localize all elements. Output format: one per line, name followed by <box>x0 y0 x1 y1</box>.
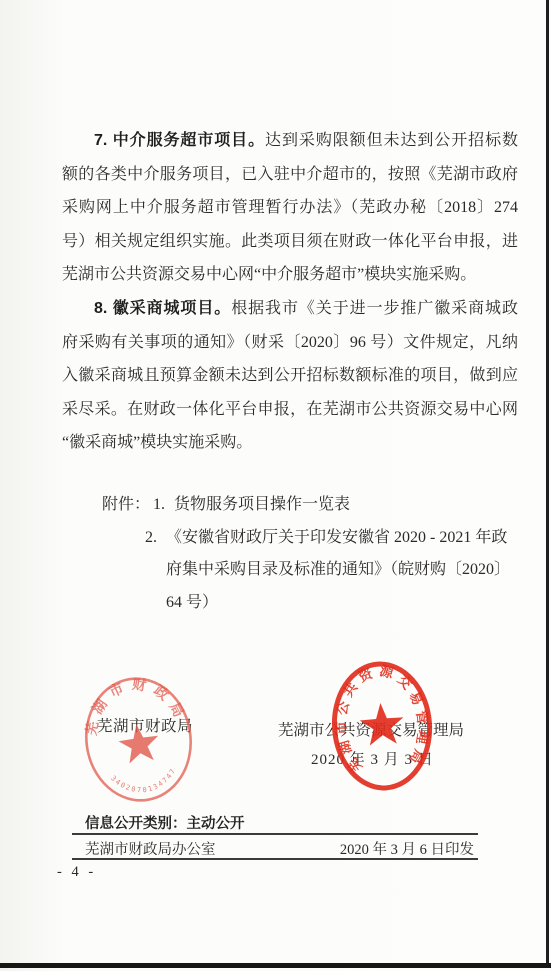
paragraph-7-heading: 7. 中介服务超市项目。 <box>94 132 265 149</box>
attachment-item-1: 附件： 1. 货物服务项目操作一览表 <box>102 489 510 522</box>
issuer-row: 芜湖市财政局办公室 2020 年 3 月 6 日印发 <box>72 838 478 859</box>
footer-divider-bottom <box>72 858 478 860</box>
text-line: 府集中采购目录及标准的通知》（皖财购〔2020〕 <box>166 554 510 587</box>
scan-edge-right <box>546 0 549 966</box>
attachment-label: 附件： <box>102 489 150 522</box>
paragraph-8: 8. 徽采商城项目。根据我市《关于进一步推广徽采商城政 府采购有关事项的通知》（… <box>62 292 518 460</box>
disclosure-category-line: 信息公开类别：主动公开 <box>85 812 245 833</box>
text-line: 《安徽省财政厅关于印发安徽省 2020 - 2021 年政 <box>166 522 510 555</box>
text-line: “徽采商城”模块实施采购。 <box>62 426 518 460</box>
scan-page: 7. 中介服务超市项目。达到采购限额但未达到公开招标数 额的各类中介服务项目，已… <box>0 0 551 971</box>
print-date: 2020 年 3 月 6 日印发 <box>340 838 474 859</box>
text-line: 8. 徽采商城项目。根据我市《关于进一步推广徽采商城政 <box>62 292 518 326</box>
text-line: 芜湖市公共资源交易中心网“中介服务超市”模块实施采购。 <box>62 258 518 292</box>
finance-bureau-seal-stamp: 芜湖市财政局 3402070134747 <box>75 668 203 811</box>
attachment-section: 附件： 1. 货物服务项目操作一览表 2. 《安徽省财政厅关于印发安徽省 202… <box>102 489 510 619</box>
issuing-office: 芜湖市财政局办公室 <box>85 838 216 859</box>
text-line: 额的各类中介服务项目，已入驻中介超市的，按照《芜湖市政府 <box>62 158 518 192</box>
text-line: 府采购有关事项的通知》（财采〔2020〕96 号）文件规定，凡纳 <box>62 326 518 360</box>
attachment-item-number: 1. <box>153 489 165 522</box>
attachment-item-2: 2. 《安徽省财政厅关于印发安徽省 2020 - 2021 年政 府集中采购目录… <box>145 522 510 620</box>
paragraph-8-text: 根据我市《关于进一步推广徽采商城政 <box>231 300 518 317</box>
star-icon <box>359 702 406 747</box>
attachment-item-title: 货物服务项目操作一览表 <box>174 489 350 522</box>
page-number: - 4 - <box>57 864 96 881</box>
paragraph-8-heading: 8. 徽采商城项目。 <box>94 300 231 317</box>
scan-edge-bottom <box>0 963 551 968</box>
paragraph-7: 7. 中介服务超市项目。达到采购限额但未达到公开招标数 额的各类中介服务项目，已… <box>62 124 518 292</box>
attachment-item-title: 《安徽省财政厅关于印发安徽省 2020 - 2021 年政 府集中采购目录及标准… <box>166 522 510 620</box>
footer-divider-top <box>72 833 478 835</box>
text-line: 采尽采。在财政一体化平台申报，在芜湖市公共资源交易中心网 <box>62 393 518 427</box>
text-line: 64 号） <box>166 587 510 620</box>
text-line: 采购网上中介服务超市管理暂行办法》（芜政办秘〔2018〕274 <box>62 191 518 225</box>
text-line: 号）相关规定组织实施。此类项目须在财政一体化平台申报，进 <box>62 225 518 259</box>
text-line: 7. 中介服务超市项目。达到采购限额但未达到公开招标数 <box>62 124 518 158</box>
seal-rim-text: 芜湖市财政局 <box>76 669 192 739</box>
star-icon <box>117 721 162 764</box>
paragraph-7-text: 达到采购限额但未达到公开招标数 <box>265 132 518 149</box>
attachment-item-number: 2. <box>145 522 157 555</box>
text-line: 入徽采商城且预算金额未达到公开招标数额标准的项目，做到应 <box>62 359 518 393</box>
trading-admin-seal-stamp: 芜湖市公共资源交易管理局 <box>326 657 439 796</box>
